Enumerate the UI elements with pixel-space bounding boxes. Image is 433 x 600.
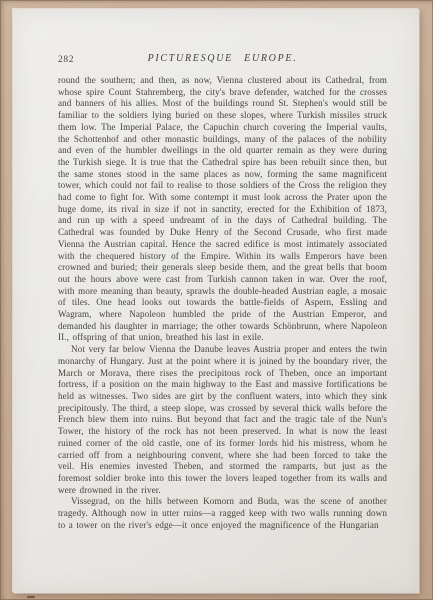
body-text: round the southern; and then, as now, Vi… <box>58 75 387 531</box>
running-title: PICTURESQUE EUROPE. <box>58 53 387 64</box>
scan-artifact <box>27 596 35 598</box>
book-page: 282 PICTURESQUE EUROPE. round the southe… <box>13 9 419 593</box>
paragraph: round the southern; and then, as now, Vi… <box>58 75 387 344</box>
paragraph: Not very far below Vienna the Danube lea… <box>58 344 387 496</box>
scanned-book-page: 282 PICTURESQUE EUROPE. round the southe… <box>0 0 433 600</box>
paragraph: Vissegrad, on the hills between Komorn a… <box>58 496 387 531</box>
page-number: 282 <box>58 55 74 65</box>
running-header: 282 PICTURESQUE EUROPE. <box>58 53 387 69</box>
